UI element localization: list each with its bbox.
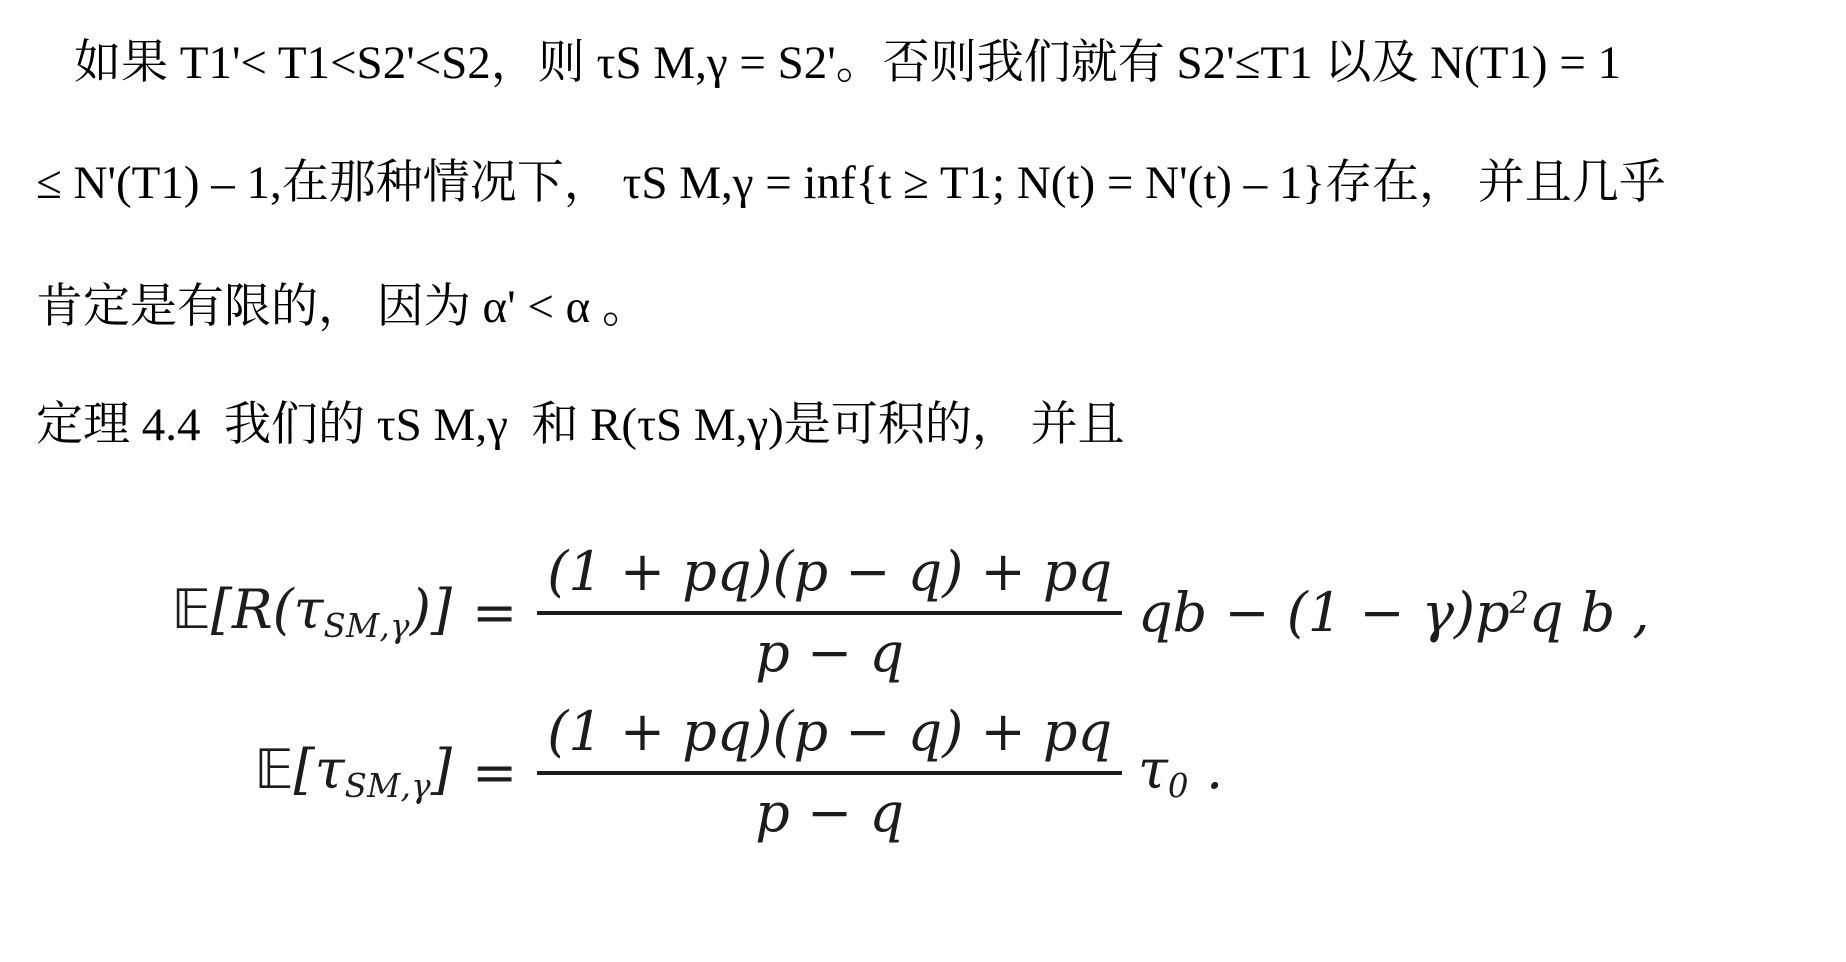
equals-sign: = [472, 741, 517, 804]
equation-2-rhs: τ0 . [1138, 738, 1223, 805]
equals-sign: = [472, 581, 517, 644]
equation-1-lhs-body: [R(τ [211, 578, 324, 641]
equation-2-lhs: 𝔼[τSM,γ] [104, 738, 452, 805]
equation-1-lhs: 𝔼[R(τSM,γ)] [104, 578, 452, 645]
equation-expected-reward: 𝔼[R(τSM,γ)] = (1 + pq)(p − q) + pq p − q… [104, 540, 1650, 684]
equation-2-fraction: (1 + pq)(p − q) + pq p − q [537, 700, 1122, 844]
equation-1-fraction: (1 + pq)(p − q) + pq p − q [537, 540, 1122, 684]
fraction-numerator: (1 + pq)(p − q) + pq [537, 700, 1122, 775]
fraction-denominator: p − q [755, 775, 904, 844]
fraction-numerator: (1 + pq)(p − q) + pq [537, 540, 1122, 615]
equation-1-rhs-superscript: 2 [1510, 585, 1529, 620]
display-equations: 𝔼[R(τSM,γ)] = (1 + pq)(p − q) + pq p − q… [104, 540, 1650, 844]
equation-2-lhs-body: [τ [294, 738, 345, 801]
equation-1-rhs: qb − (1 − γ)p2q b , [1138, 581, 1650, 644]
equation-1-lhs-subscript: SM,γ [324, 608, 410, 646]
paragraph-line-3: 肯定是有限的， 因为 α' < α 。 [36, 280, 649, 334]
blackboard-E: 𝔼 [254, 738, 293, 801]
paragraph-line-2: ≤ N'(T1) – 1,在那种情况下， τS M,γ = inf{t ≥ T1… [36, 156, 1666, 210]
equation-2-rhs-subscript: 0 [1168, 768, 1189, 806]
equation-1-rhs-tail: q b , [1529, 581, 1650, 644]
equation-1-rhs-body: qb − (1 − γ)p [1138, 581, 1510, 644]
equation-2-rhs-body: τ [1138, 738, 1168, 801]
equation-1-lhs-close: )] [410, 578, 452, 641]
equation-expected-time: 𝔼[τSM,γ] = (1 + pq)(p − q) + pq p − q τ0… [104, 700, 1650, 844]
theorem-4-4-line: 定理 4.4 我们的 τS M,γ 和 R(τS M,γ)是可积的， 并且 [36, 398, 1125, 452]
paragraph-line-1: 如果 T1'< T1<S2'<S2，则 τS M,γ = S2'。否则我们就有 … [74, 36, 1621, 90]
fraction-denominator: p − q [755, 615, 904, 684]
document-page: 如果 T1'< T1<S2'<S2，则 τS M,γ = S2'。否则我们就有 … [0, 0, 1846, 962]
equation-2-rhs-tail: . [1189, 738, 1223, 801]
equation-2-lhs-close: ] [431, 738, 452, 801]
blackboard-E: 𝔼 [171, 578, 210, 641]
equation-2-lhs-subscript: SM,γ [345, 768, 431, 806]
